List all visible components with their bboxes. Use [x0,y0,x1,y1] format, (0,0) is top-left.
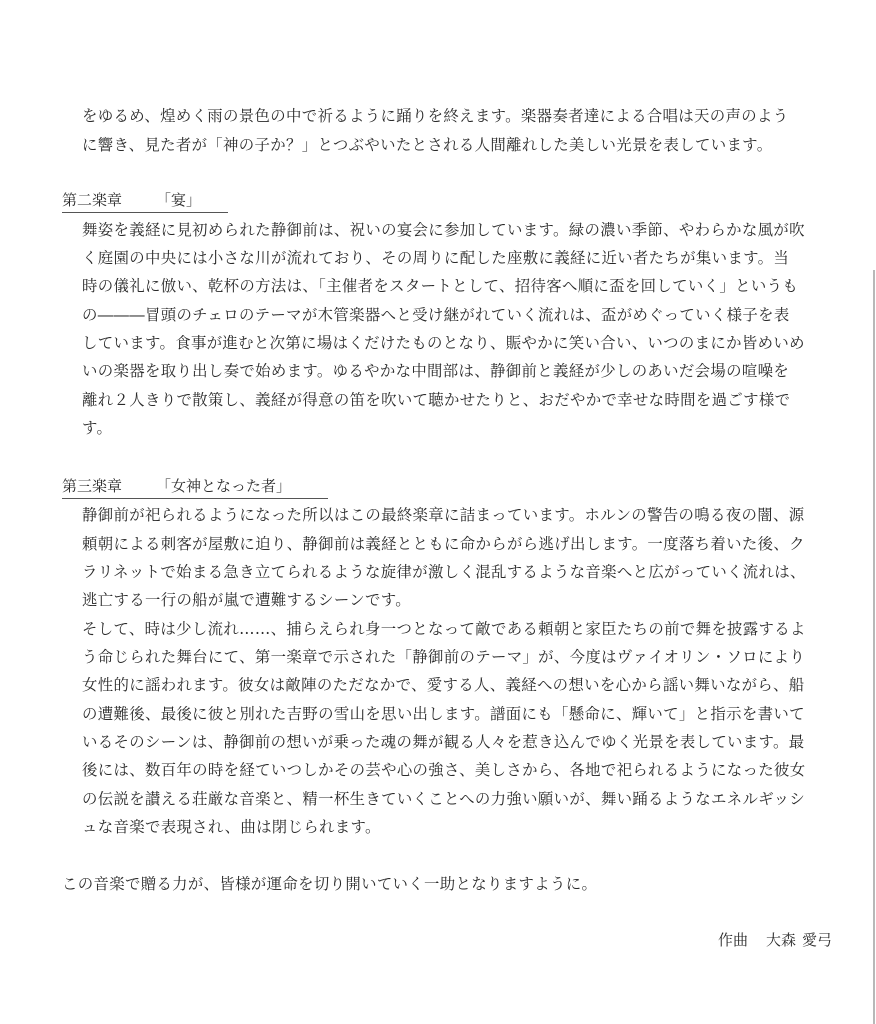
movement-2-heading: 第二楽章 「宴」 [62,190,228,213]
paragraph-line: をゆるめ、煌めく雨の景色の中で祈るように踊りを終えます。楽器奏者達による合唱は天… [82,106,788,126]
paragraph-line: の―――冒頭のチェロのテーマが木管楽器へと受け継がれていく流れは、盃がめぐってい… [82,305,790,325]
paragraph-line: く庭園の中央には小さな川が流れており、その周りに配した座敷に義経に近い者たちが集… [82,248,789,268]
signature-given-name: 愛弓 [802,931,832,949]
signature-role: 作曲 [718,931,748,949]
paragraph-line: いるそのシーンは、静御前の想いが乗った魂の舞が観る人々を惹き込んでゆく光景を表し… [82,732,805,752]
paragraph-line: 後には、数百年の時を経ていつしかその芸や心の強さ、美しさから、各地で祀られるよう… [82,760,805,780]
movement-3-title: 第三楽章 [62,476,122,496]
document-page: をゆるめ、煌めく雨の景色の中で祈るように踊りを終えます。楽器奏者達による合唱は天… [0,0,876,1024]
paragraph-line: 離れ２人きりで散策し、義経が得意の笛を吹いて聴かせたりと、おだやかで幸せな時間を… [82,390,790,410]
paragraph-line: す。 [82,418,112,438]
paragraph-line: そして、時は少し流れ……、捕らえられ身一つとなって敵である頼朝と家臣たちの前で舞… [82,619,806,639]
paragraph-line: 時の儀礼に倣い、乾杯の方法は、「主催者をスタートとして、招待客へ順に盃を回してい… [82,276,798,296]
composer-signature: 作曲大森愛弓 [718,930,832,950]
paragraph-line: ラリネットで始まる急き立てられるような旋律が激しく混乱するような音楽へと広がって… [82,562,806,582]
movement-3-subtitle: 「女神となった者」 [156,476,291,496]
paragraph-line: 頼朝による刺客が屋敷に迫り、静御前は義経とともに命からがら逃げ出します。一度落ち… [82,534,805,554]
signature-family-name: 大森 [766,931,796,949]
paragraph-line: の遭難後、最後に彼と別れた吉野の雪山を思い出します。譜面にも「懸命に、輝いて」と… [82,704,805,724]
paragraph-line: 女性的に謡われます。彼女は敵陣のただなかで、愛する人、義経への想いを心から謡い舞… [82,675,805,695]
page-edge-divider [873,270,875,1024]
paragraph-line: う命じられた舞台にて、第一楽章で示された「静御前のテーマ」が、今度はヴァイオリン… [82,647,805,667]
paragraph-line: 静御前が祀られるようになった所以はこの最終楽章に詰まっています。ホルンの警告の鳴… [82,505,804,525]
movement-2-subtitle: 「宴」 [156,190,201,210]
paragraph-line: ュな音楽で表現され、曲は閉じられます。 [82,817,381,837]
paragraph-line: しています。食事が進むと次第に場はくだけたものとなり、賑やかに笑い合い、いつのま… [82,333,805,353]
movement-3-heading: 第三楽章 「女神となった者」 [62,476,328,499]
paragraph-line: の伝説を讃える荘厳な音楽と、精一杯生きていくことへの力強い願いが、舞い踊るような… [82,789,805,809]
closing-message: この音楽で贈る力が、皆様が運命を切り開いていく一助となりますように。 [62,874,597,894]
paragraph-line: に響き、見た者が「神の子か？」とつぶやいたとされる人間離れした美しい光景を表して… [82,135,772,155]
paragraph-line: 舞姿を義経に見初められた静御前は、祝いの宴会に参加しています。緑の濃い季節、やわ… [82,220,805,240]
movement-2-title: 第二楽章 [62,190,122,210]
paragraph-line: 逃亡する一行の船が嵐で遭難するシーンです。 [82,590,411,610]
paragraph-line: いの楽器を取り出し奏で始めます。ゆるやかな中間部は、静御前と義経が少しのあいだ会… [82,361,789,381]
